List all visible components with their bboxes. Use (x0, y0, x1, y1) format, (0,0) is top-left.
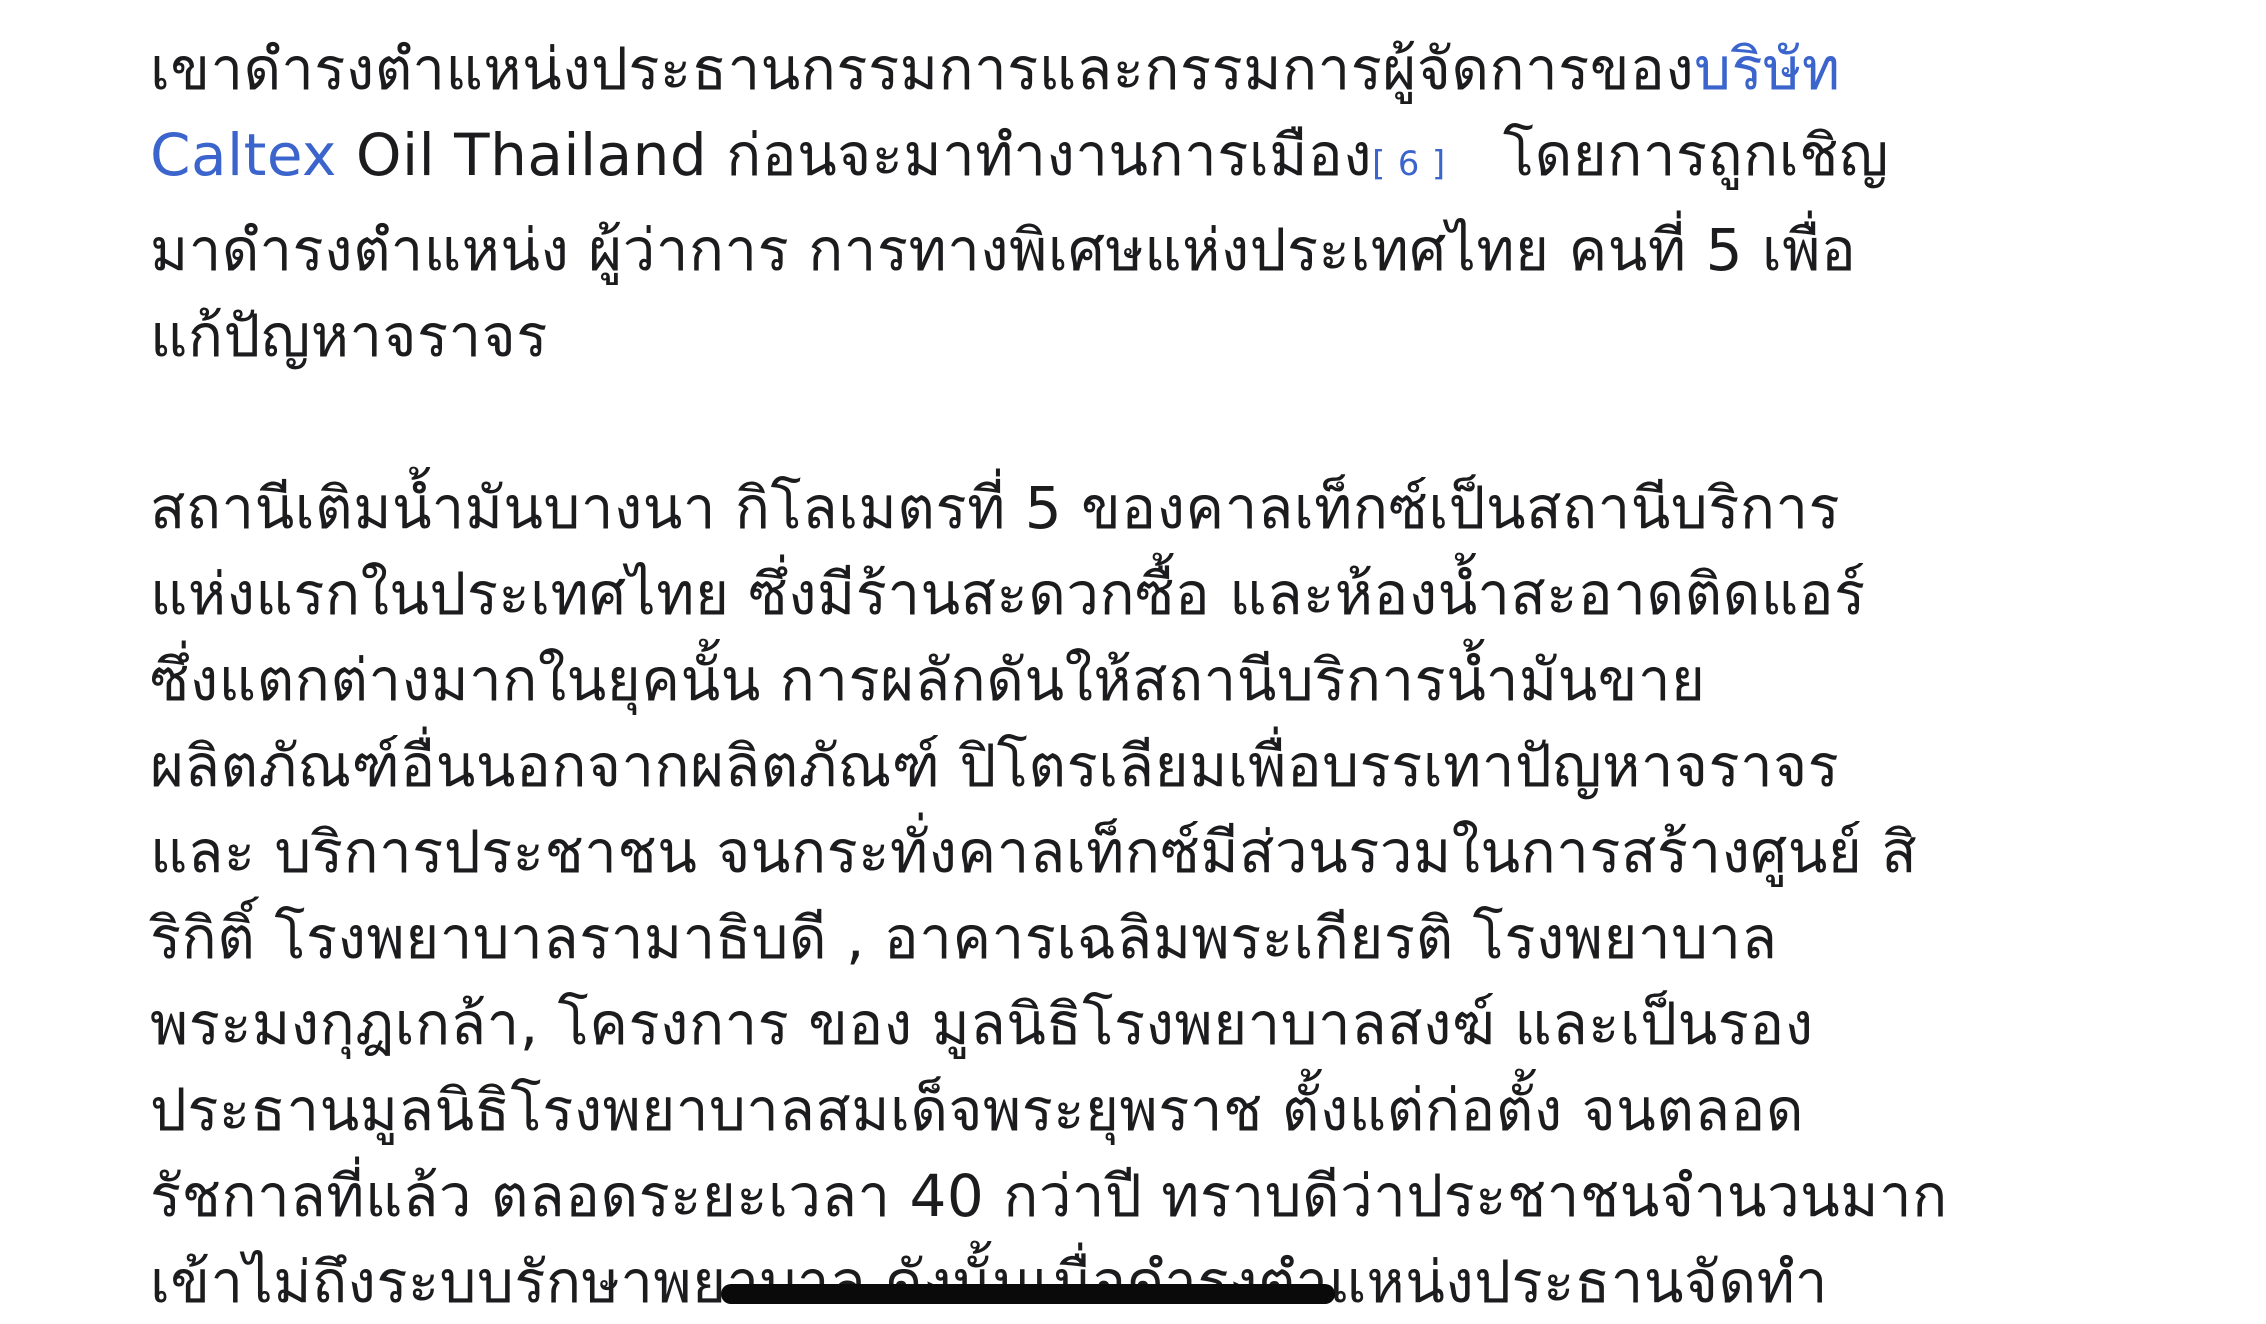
text-run: และ บริการประชาชน จนกระทั่งคาลเท็กซ์มีส่… (150, 818, 1917, 886)
text-line: รัชกาลที่แล้ว ตลอดระยะเวลา 40 กว่าปี ทรา… (150, 1153, 2206, 1239)
text-run: โดยการถูกเชิญ (1446, 121, 1889, 189)
text-line: แก้ปัญหาจราจร (150, 293, 2206, 379)
text-run: รัชกาลที่แล้ว ตลอดระยะเวลา 40 กว่าปี ทรา… (150, 1162, 1948, 1230)
text-run: ผลิตภัณฑ์อื่นนอกจากผลิตภัณฑ์ ปิโตรเลียมเ… (150, 732, 1839, 800)
article-page: เขาดำรงตำแหน่งประธานกรรมการและกรรมการผู้… (0, 0, 2266, 1324)
text-run: เข้าไม่ถึงระบบรักษาพย (150, 1248, 727, 1316)
text-run: สถานีเติมน้ำมันบางนา กิโลเมตรที่ 5 ของคา… (150, 474, 1840, 542)
text-run: ซึ่งแตกต่างมากในยุคนั้น การผลักดันให้สถา… (150, 646, 1706, 714)
text-run: เขาดำรงตำแหน่งประธานกรรมการและกรรมการผู้… (150, 35, 1694, 103)
text-run: พระมงกุฎเกล้า, โครงการ ของ มูลนิธิโรงพยา… (150, 990, 1814, 1058)
text-run: แห่งแรกในประเทศไทย ซึ่งมีร้านสะดวกซื้อ แ… (150, 560, 1866, 628)
wiki-link[interactable]: บริษัท (1694, 35, 1840, 103)
paragraph-2: สถานีเติมน้ำมันบางนา กิโลเมตรที่ 5 ของคา… (150, 465, 2206, 1324)
text-line: พระมงกุฎเกล้า, โครงการ ของ มูลนิธิโรงพยา… (150, 981, 2206, 1067)
text-run: ริกิติ์ โรงพยาบาลรามาธิบดี , อาคารเฉลิมพ… (150, 904, 1778, 972)
text-line: สถานีเติมน้ำมันบางนา กิโลเมตรที่ 5 ของคา… (150, 465, 2206, 551)
text-line: แห่งแรกในประเทศไทย ซึ่งมีร้านสะดวกซื้อ แ… (150, 551, 2206, 637)
wiki-link[interactable]: Caltex (150, 121, 337, 189)
text-line: มาดำรงตำแหน่ง ผู้ว่าการ การทางพิเศษแห่งป… (150, 207, 2206, 293)
struck-text: าบาล ดังนั้นเมื่อดำรงตำ (727, 1248, 1329, 1316)
text-line: เขาดำรงตำแหน่งประธานกรรมการและกรรมการผู้… (150, 26, 2206, 112)
text-run: Oil Thailand ก่อนจะมาทำงานการเมือง (337, 121, 1372, 189)
reference-link[interactable]: [ 6 ] (1372, 144, 1446, 183)
text-line: ซึ่งแตกต่างมากในยุคนั้น การผลักดันให้สถา… (150, 637, 2206, 723)
text-line: Caltex Oil Thailand ก่อนจะมาทำงานการเมือ… (150, 112, 2206, 207)
text-line: และ บริการประชาชน จนกระทั่งคาลเท็กซ์มีส่… (150, 809, 2206, 895)
text-run: มาดำรงตำแหน่ง ผู้ว่าการ การทางพิเศษแห่งป… (150, 216, 1856, 284)
text-line: ผลิตภัณฑ์อื่นนอกจากผลิตภัณฑ์ ปิโตรเลียมเ… (150, 723, 2206, 809)
article-text: เขาดำรงตำแหน่งประธานกรรมการและกรรมการผู้… (150, 26, 2206, 1324)
text-run: ประธานมูลนิธิโรงพยาบาลสมเด็จพระยุพราช ตั… (150, 1076, 1804, 1144)
text-line: เข้าไม่ถึงระบบรักษาพยาบาล ดังนั้นเมื่อดำ… (150, 1239, 2206, 1324)
text-run: แหน่งประธานจัดทำ (1329, 1248, 1828, 1316)
text-line: ประธานมูลนิธิโรงพยาบาลสมเด็จพระยุพราช ตั… (150, 1067, 2206, 1153)
paragraph-1: เขาดำรงตำแหน่งประธานกรรมการและกรรมการผู้… (150, 26, 2206, 379)
text-run: แก้ปัญหาจราจร (150, 302, 548, 370)
text-line: ริกิติ์ โรงพยาบาลรามาธิบดี , อาคารเฉลิมพ… (150, 895, 2206, 981)
